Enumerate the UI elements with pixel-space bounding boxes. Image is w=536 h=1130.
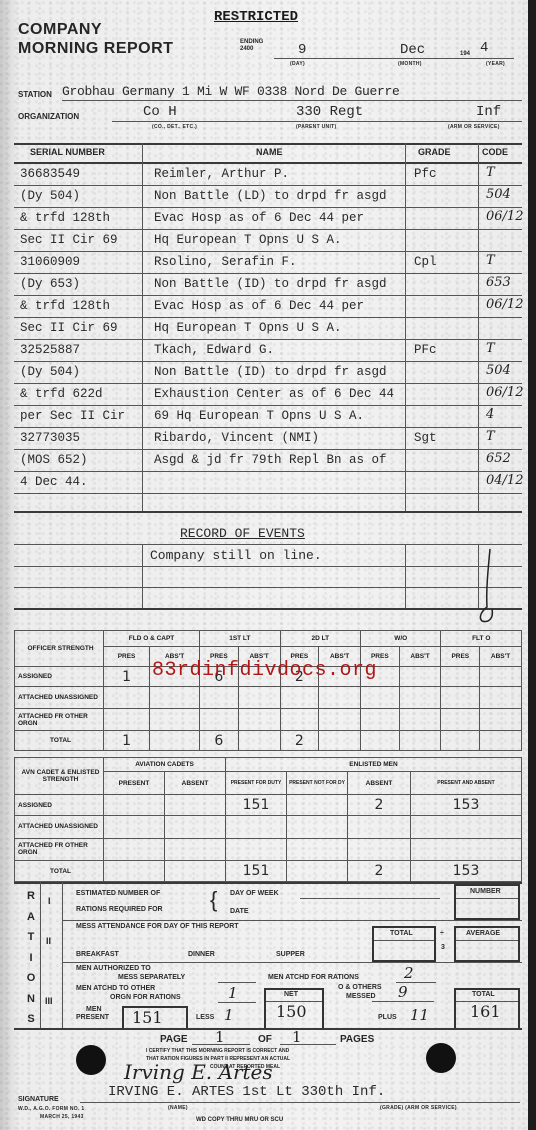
enlisted-strength-label: AVN CADET & ENLISTED STRENGTH bbox=[15, 758, 104, 795]
table-row: per Sec II Cir69 Hq European T Opns U S … bbox=[14, 405, 522, 428]
handwritten-mark-icon bbox=[472, 545, 504, 625]
arm-caption: (ARM OR SERVICE) bbox=[448, 124, 500, 130]
men-atchd-other-value: 1 bbox=[228, 984, 238, 1002]
of-label: OF bbox=[258, 1034, 272, 1045]
rations-required-label: RATIONS REQUIRED FOR bbox=[76, 906, 163, 913]
table-row: 36683549Reimler, Arthur P.PfcT bbox=[14, 163, 522, 186]
group-2d-lt: 2D LT bbox=[280, 631, 360, 647]
enlisted-row-attached-unassigned: ATTACHED UNASSIGNED bbox=[15, 815, 522, 838]
total-box: TOTAL bbox=[372, 926, 436, 962]
sub-absent: ABSENT bbox=[165, 772, 226, 795]
group-1st-lt: 1ST LT bbox=[200, 631, 280, 647]
table-row: 31060909Rsolino, Serafin F.CplT bbox=[14, 251, 522, 274]
date-label: DATE bbox=[230, 908, 249, 915]
men-present-box: 151 bbox=[122, 1006, 188, 1030]
brace-icon: { bbox=[210, 887, 217, 913]
typed-signature: IRVING E. ARTES 1st Lt 330th Inf. bbox=[108, 1084, 385, 1100]
officer-row-total: TOTAL 1 6 2 bbox=[15, 731, 522, 751]
men-present-value: 151 bbox=[132, 1008, 163, 1027]
group-enlisted-men: ENLISTED MEN bbox=[226, 758, 522, 772]
sub-pres: PRES bbox=[104, 647, 150, 667]
estimated-rations-label: ESTIMATED NUMBER OF bbox=[76, 890, 160, 897]
year-caption: (YEAR) bbox=[486, 61, 505, 67]
table-row: & trfd 622dExhaustion Center as of 6 Dec… bbox=[14, 383, 522, 406]
others-messed-value: 9 bbox=[398, 983, 408, 1001]
rations-total-value: 161 bbox=[470, 1002, 501, 1021]
report-day: 9 bbox=[298, 42, 306, 58]
col-serial-number: SERIAL NUMBER bbox=[30, 147, 105, 157]
parent-caption: (PARENT UNIT) bbox=[296, 124, 336, 130]
number-box: NUMBER bbox=[454, 884, 520, 920]
plus-value: 11 bbox=[410, 1006, 429, 1024]
table-row: (MOS 652)Asgd & jd fr 79th Repl Bn as of… bbox=[14, 449, 522, 472]
table-row: 32525887Tkach, Edward G.PFcT bbox=[14, 339, 522, 362]
day-of-week-label: DAY OF WEEK bbox=[230, 890, 279, 897]
morning-report-page: RESTRICTED COMPANY MORNING REPORT ENDING… bbox=[0, 0, 536, 1130]
form-date: MARCH 25, 1943 bbox=[40, 1114, 84, 1120]
officer-row-attached-unassigned: ATTACHED UNASSIGNED bbox=[15, 687, 522, 709]
enlisted-strength-table: AVN CADET & ENLISTED STRENGTH AVIATION C… bbox=[14, 757, 522, 882]
dinner-label: DINNER bbox=[188, 951, 215, 958]
group-flt-o: FLT O bbox=[441, 631, 522, 647]
month-caption: (MONTH) bbox=[398, 61, 422, 67]
form-number: W.D., A.G.O. FORM NO. 1 bbox=[18, 1106, 84, 1112]
rations-side-label: RATIONS bbox=[24, 886, 38, 1030]
sub-absent-enlisted: ABSENT bbox=[348, 772, 411, 795]
mess-attendance-label: MESS ATTENDANCE FOR DAY OF THIS REPORT bbox=[76, 923, 239, 930]
table-row: & trfd 128thEvac Hosp as of 6 Dec 44 per… bbox=[14, 295, 522, 318]
group-wo: W/O bbox=[361, 631, 441, 647]
company-value: Co H bbox=[143, 104, 177, 120]
breakfast-label: BREAKFAST bbox=[76, 951, 119, 958]
sub-present-not-for-duty: PRESENT NOT FOR DY bbox=[287, 772, 348, 795]
rations-section-i: I bbox=[48, 896, 51, 906]
less-label: LESS bbox=[196, 1014, 214, 1021]
supper-label: SUPPER bbox=[276, 951, 305, 958]
record-of-events-heading: RECORD OF EVENTS bbox=[180, 526, 305, 541]
sub-pres: PRES bbox=[441, 647, 480, 667]
report-month: Dec bbox=[400, 42, 425, 58]
men-present-label: MEN bbox=[86, 1006, 102, 1013]
average-box: AVERAGE bbox=[454, 926, 520, 962]
col-grade: GRADE bbox=[418, 147, 451, 157]
enlisted-row-assigned: ASSIGNED 151 2153 bbox=[15, 795, 522, 816]
officer-strength-label: OFFICER STRENGTH bbox=[15, 631, 104, 667]
table-row: 32773035Ribardo, Vincent (NMI)SgtT bbox=[14, 427, 522, 450]
report-year: 4 bbox=[480, 40, 488, 56]
officer-strength-table: OFFICER STRENGTH FLD O & CAPT 1ST LT 2D … bbox=[14, 630, 522, 751]
officer-row-attached-other: ATTACHED FR OTHER ORGN bbox=[15, 709, 522, 731]
present-label: PRESENT bbox=[76, 1014, 109, 1021]
punch-hole-left bbox=[76, 1045, 106, 1075]
sub-abst: ABS'T bbox=[480, 647, 522, 667]
others-label: O & OTHERS bbox=[338, 984, 382, 991]
record-of-events-entry: Company still on line. bbox=[150, 548, 322, 563]
table-row: Sec II Cir 69Hq European T Opns U S A. bbox=[14, 317, 522, 340]
col-name: NAME bbox=[256, 147, 283, 157]
grade-caption: (GRADE) (ARM OR SERVICE) bbox=[380, 1105, 457, 1111]
rations-section-iii: III bbox=[45, 996, 53, 1006]
certify-line1: I CERTIFY THAT THIS MORNING REPORT IS CO… bbox=[146, 1048, 289, 1054]
signature-label: SIGNATURE bbox=[18, 1096, 59, 1103]
men-atchd-rations-value: 2 bbox=[404, 964, 414, 982]
men-atchd-rations-label: MEN ATCHD FOR RATIONS bbox=[268, 974, 359, 981]
pages-label: PAGES bbox=[340, 1034, 374, 1045]
group-aviation-cadets: AVIATION CADETS bbox=[104, 758, 226, 772]
classification-stamp: RESTRICTED bbox=[214, 9, 298, 25]
divide-icon: ÷ bbox=[440, 930, 444, 937]
organization-label: ORGANIZATION bbox=[18, 112, 79, 121]
enlisted-row-attached-other: ATTACHED FR OTHER ORGN bbox=[15, 838, 522, 861]
table-row: Sec II Cir 69Hq European T Opns U S A. bbox=[14, 229, 522, 252]
copy-note: WD COPY THRU MRU OR SCU bbox=[196, 1117, 283, 1123]
table-row: (Dy 504)Non Battle (ID) to drpd fr asgd5… bbox=[14, 361, 522, 384]
station-value: Grobhau Germany 1 Mi W WF 0338 Nord De G… bbox=[62, 84, 400, 99]
sub-present-and-absent: PRESENT AND ABSENT bbox=[411, 772, 522, 795]
ending-label: ENDING 2400 bbox=[240, 39, 270, 53]
table-row: 4 Dec 44.04/12 bbox=[14, 471, 522, 494]
enlisted-row-total: TOTAL 151 2153 bbox=[15, 861, 522, 882]
rations-section-ii: II bbox=[46, 936, 51, 946]
scan-edge bbox=[528, 0, 536, 1130]
group-fld-o-capt: FLD O & CAPT bbox=[104, 631, 200, 647]
sub-abst: ABS'T bbox=[399, 647, 441, 667]
form-title-line1: COMPANY bbox=[18, 20, 102, 39]
arm-value: Inf bbox=[476, 104, 501, 120]
year-prefix: 194 bbox=[460, 51, 470, 57]
name-caption: (NAME) bbox=[168, 1105, 188, 1111]
sub-present-for-duty: PRESENT FOR DUTY bbox=[226, 772, 287, 795]
net-value: 150 bbox=[276, 1002, 307, 1021]
form-title-line2: MORNING REPORT bbox=[18, 39, 173, 58]
punch-hole-right bbox=[426, 1043, 456, 1073]
handwritten-signature: Irving E. Artes bbox=[124, 1060, 273, 1084]
plus-label: PLUS bbox=[378, 1014, 397, 1021]
messed-label: MESSED bbox=[346, 993, 376, 1000]
day-caption: (DAY) bbox=[290, 61, 305, 67]
orgn-for-rations-label: ORGN FOR RATIONS bbox=[110, 994, 181, 1001]
net-box: NET 150 bbox=[264, 988, 324, 1030]
sub-present: PRESENT bbox=[104, 772, 165, 795]
station-label: STATION bbox=[18, 90, 52, 99]
page-label: PAGE bbox=[160, 1034, 188, 1045]
watermark-text: 83rdinfdivdocs.org bbox=[152, 659, 377, 682]
men-authorized-label: MEN AUTHORIZED TO bbox=[76, 965, 151, 972]
col-code: CODE bbox=[482, 147, 508, 157]
table-row: (Dy 653)Non Battle (ID) to drpd fr asgd6… bbox=[14, 273, 522, 296]
company-caption: (CO., DET., ETC.) bbox=[152, 124, 197, 130]
men-atchd-other-label: MEN ATCHD TO OTHER bbox=[76, 985, 155, 992]
rations-total-box: TOTAL 161 bbox=[454, 988, 520, 1030]
table-row: & trfd 128thEvac Hosp as of 6 Dec 44 per… bbox=[14, 207, 522, 230]
mess-separately-label: MESS SEPARATELY bbox=[118, 974, 185, 981]
table-row: (Dy 504)Non Battle (LD) to drpd fr asgd5… bbox=[14, 185, 522, 208]
less-value: 1 bbox=[224, 1006, 234, 1024]
divide-by-three: 3 bbox=[441, 944, 445, 951]
parent-unit-value: 330 Regt bbox=[296, 104, 363, 120]
